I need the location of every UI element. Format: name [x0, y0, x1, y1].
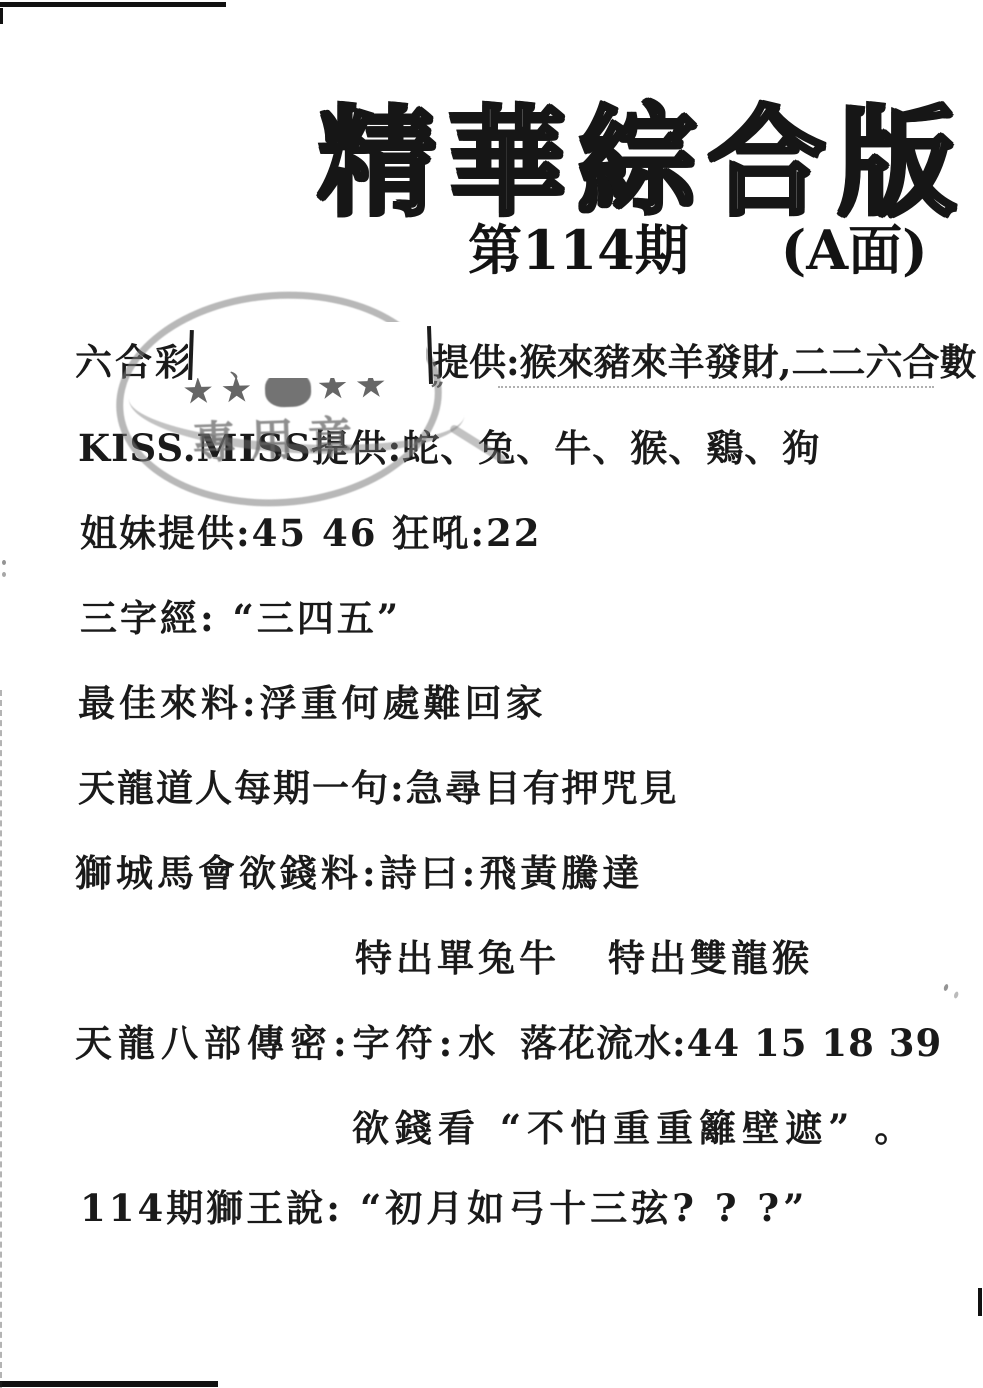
line-three-char-classic: 三字經: “三四五”	[80, 588, 401, 642]
line-special-double: 特出雙龍猴	[608, 928, 813, 982]
issue-row: 第114期 (A面)	[468, 208, 928, 285]
line-falling-flowers: 落花流水:44 15 18 39	[520, 1013, 942, 1067]
scan-artifact-left-edge	[0, 690, 4, 1388]
line-lion-king-quote: “初月如弓十三弦? ? ?”	[360, 1178, 808, 1232]
line-shicheng-poem: 獅城馬會欲錢料:詩曰:飛黃騰達	[75, 843, 643, 897]
scan-speck	[943, 984, 949, 992]
line-source3: 姐妹提供:45 46 狂吼:22	[80, 503, 542, 557]
issue-number: 第114期	[468, 208, 689, 285]
line-source1-suffix: 提供:猴來豬來羊發財,二二六合數	[432, 332, 977, 386]
scan-artifact-bottom-line	[0, 1381, 218, 1387]
stamp-seal-text: 專用章	[191, 401, 367, 471]
scan-speck	[2, 560, 6, 565]
line-tianlong-phrase: 天龍道人每期一句:急尋目有押咒見	[78, 758, 679, 812]
scan-artifact-top-line	[0, 2, 226, 7]
issue-side: (A面)	[781, 208, 928, 285]
line-special-single: 特出單兔牛	[355, 928, 560, 982]
scan-artifact-top-tick	[0, 8, 3, 24]
scanned-tip-sheet-page: 精華綜合版 第114期 (A面) 六合彩 提供:猴來豬來羊發財,二二六合數 KI…	[0, 0, 983, 1388]
scan-artifact-right-mark	[978, 1288, 982, 1316]
line-babu-secret: 天龍八部傳密:字符:水	[75, 1013, 501, 1067]
line-money-quote: 欲錢看 “不怕重重籬壁遮” 。	[352, 1098, 917, 1152]
line-lion-king-prefix: 114期獅王說:	[80, 1178, 343, 1232]
redaction-box	[188, 322, 426, 378]
dotted-underline	[498, 386, 934, 388]
stamp-noise-mark: 、	[230, 348, 254, 383]
stamp-noise-mark: „	[430, 361, 448, 392]
line-best-material: 最佳來料:浮重何處難回家	[78, 673, 547, 727]
